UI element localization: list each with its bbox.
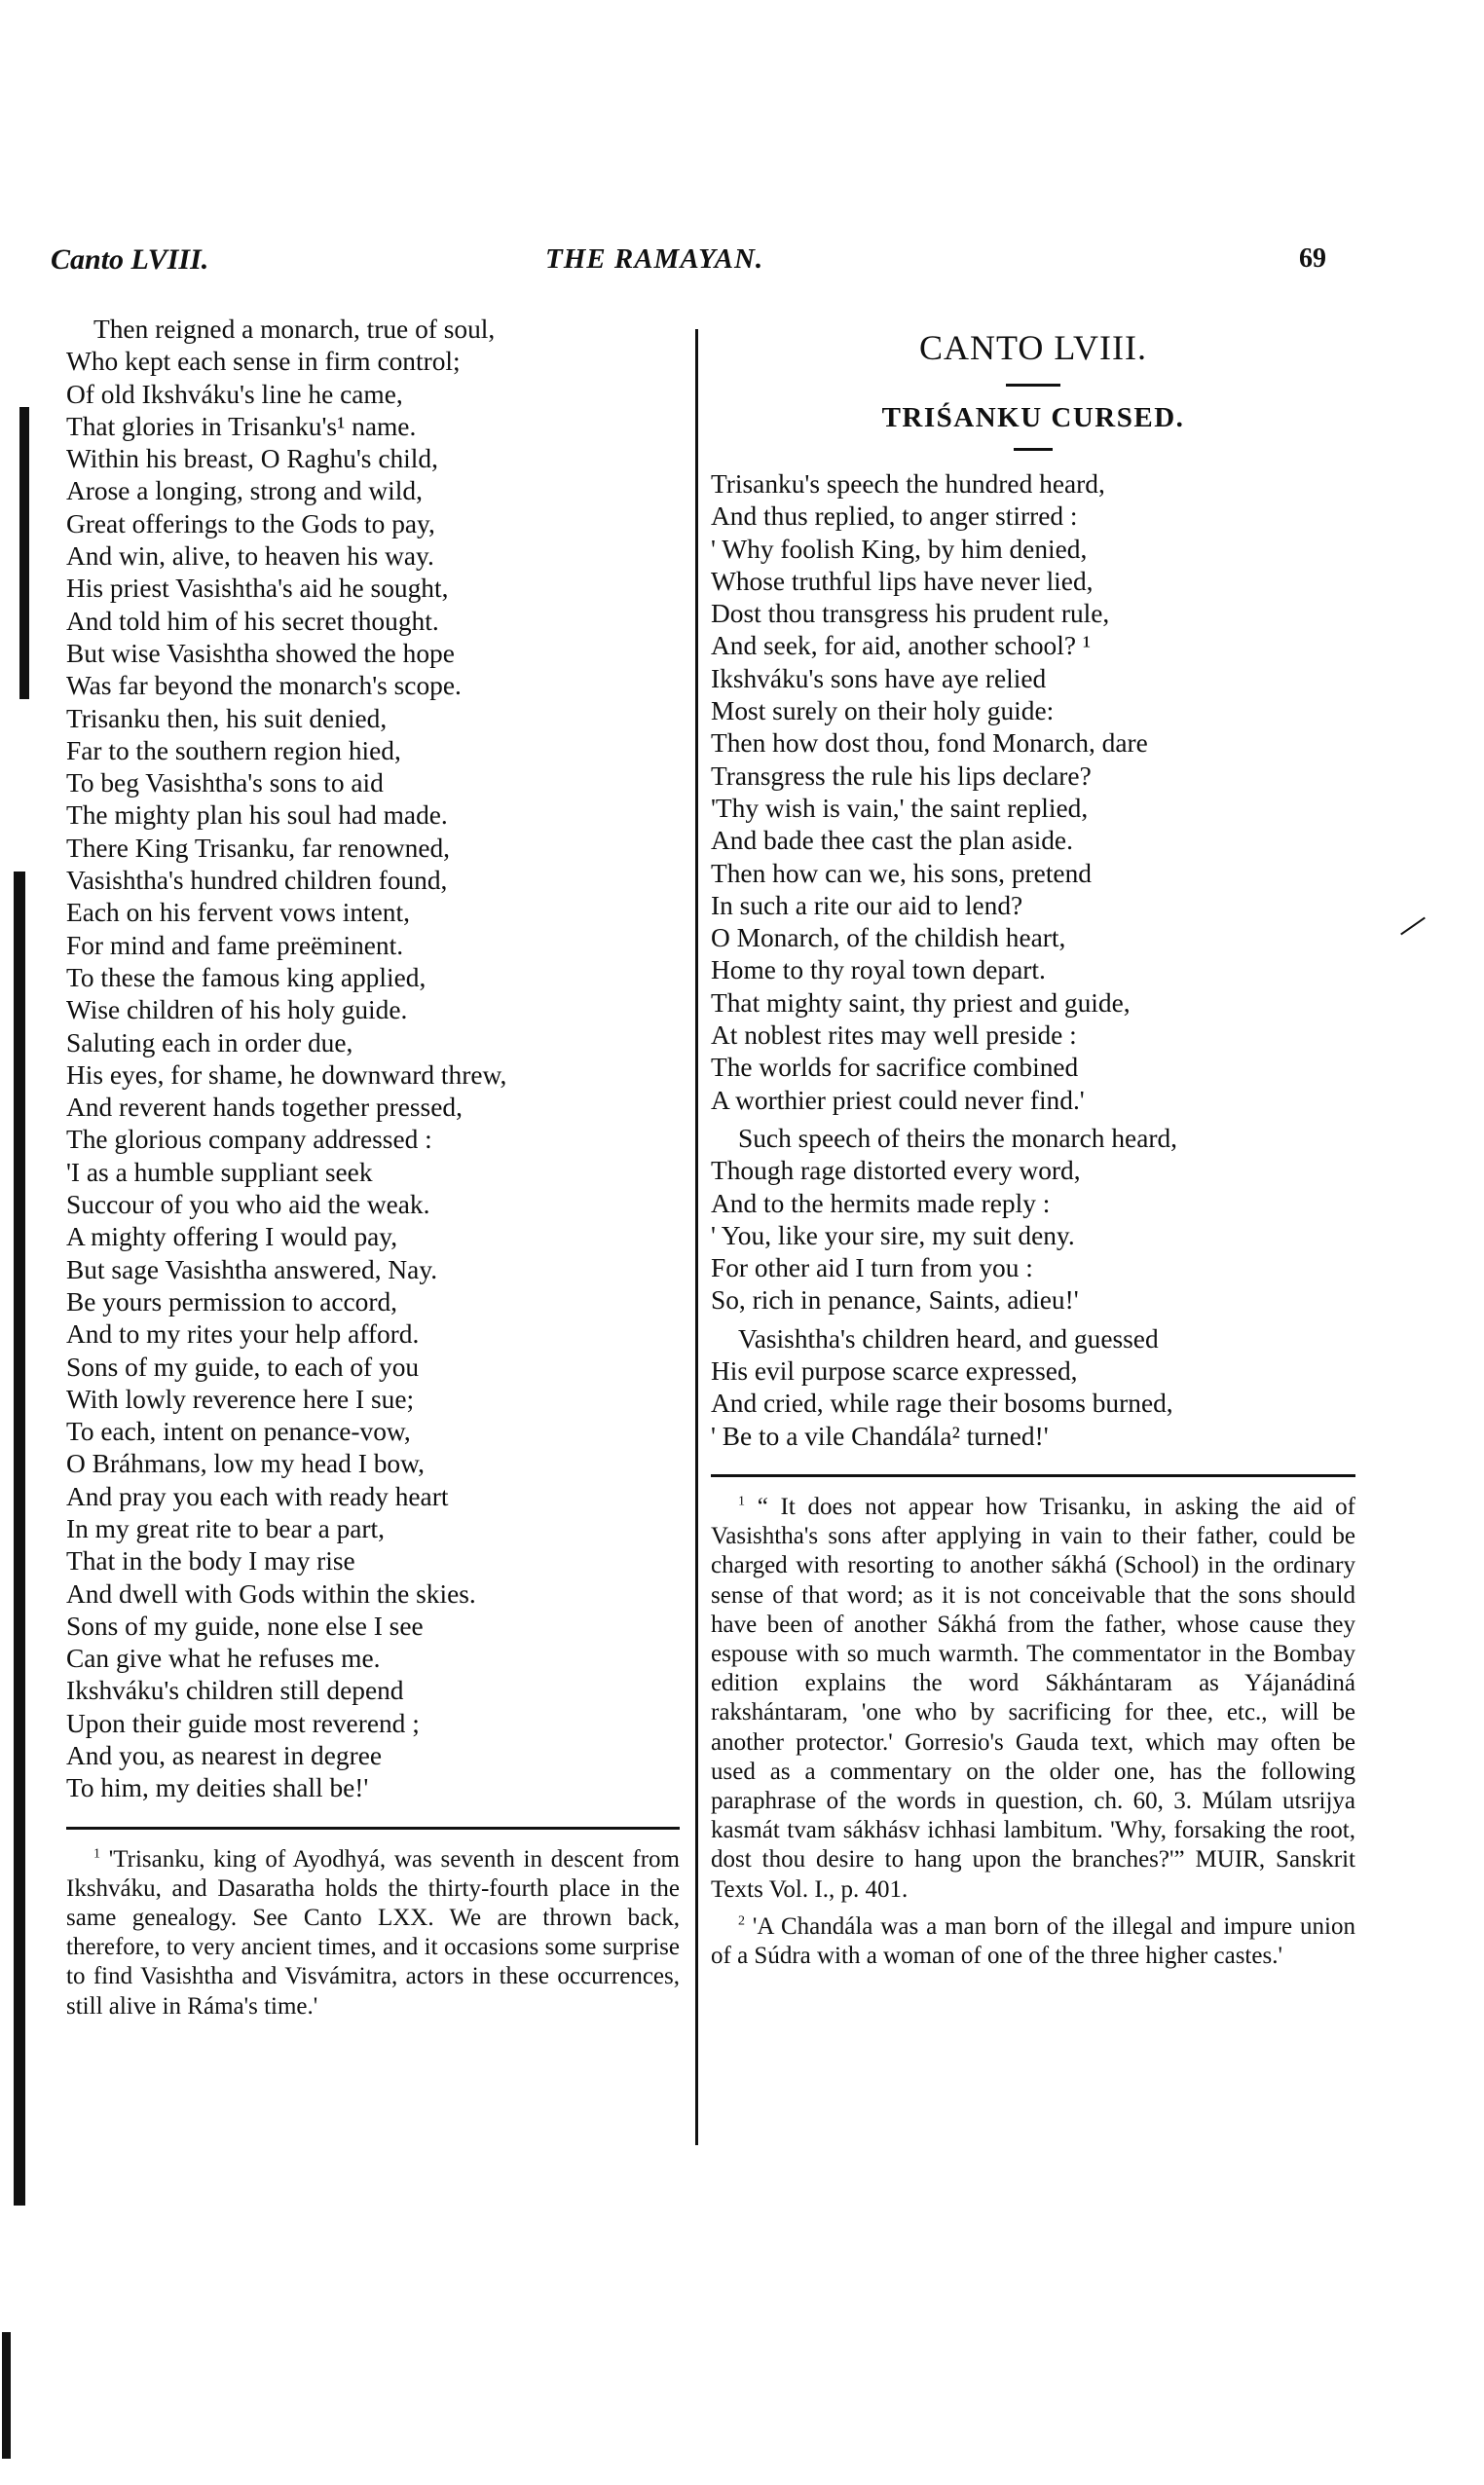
verse-line: Succour of you who aid the weak. [66, 1189, 680, 1221]
verse-line: Vasishtha's hundred children found, [66, 865, 680, 897]
footnote-marker: 1 [93, 1846, 100, 1861]
footnote-text: 'Trisanku, king of Ayodhyá, was seventh … [66, 1846, 680, 2020]
verse-line: And dwell with Gods within the skies. [66, 1578, 680, 1611]
footnote-text: 'A Chandála was a man born of the illega… [711, 1913, 1355, 1969]
verse-line: And win, alive, to heaven his way. [66, 540, 680, 573]
footnote-marker: 2 [738, 1913, 745, 1928]
verse-line: Arose a longing, strong and wild, [66, 475, 680, 507]
verse-line: And told him of his secret thought. [66, 606, 680, 638]
verse-line: Sons of my guide, none else I see [66, 1611, 680, 1643]
canto-subtitle: TRIŚANKU CURSED. [711, 402, 1355, 434]
verse-line: And bade thee cast the plan aside. [711, 825, 1355, 857]
verse-line: Dost thou transgress his prudent rule, [711, 598, 1355, 630]
running-head-canto: Canto LVIII. [51, 243, 208, 277]
running-head: Canto LVIII. THE RAMAYAN. 69 [51, 243, 1326, 282]
verse-line: Within his breast, O Raghu's child, [66, 443, 680, 475]
verse-line: ' Why foolish King, by him denied, [711, 534, 1355, 566]
verse-line: There King Trisanku, far renowned, [66, 833, 680, 865]
verse-line: To these the famous king applied, [66, 962, 680, 994]
verse-line: Can give what he refuses me. [66, 1643, 680, 1675]
verse-line: And you, as nearest in degree [66, 1740, 680, 1772]
verse-line: That in the body I may rise [66, 1545, 680, 1577]
footnote-rule [66, 1827, 680, 1830]
footnote-1: 1 'Trisanku, king of Ayodhyá, was sevent… [66, 1845, 680, 2021]
verse-line: Then how dost thou, fond Monarch, dare [711, 727, 1355, 760]
verse-line: In such a rite our aid to lend? [711, 890, 1355, 922]
verse-line: Be yours permission to accord, [66, 1286, 680, 1318]
verse-line: His eyes, for shame, he downward threw, [66, 1059, 680, 1092]
verse-line: Such speech of theirs the monarch heard, [711, 1123, 1355, 1155]
verse-line: O Monarch, of the childish heart, [711, 922, 1355, 954]
running-head-title: THE RAMAYAN. [545, 243, 763, 276]
verse-line: Far to the southern region hied, [66, 735, 680, 767]
verse-line: For other aid I turn from you : [711, 1252, 1355, 1284]
verse-block: Then reigned a monarch, true of soul,Who… [66, 314, 680, 1805]
verse-line: Trisanku then, his suit denied, [66, 703, 680, 735]
verse-line: Home to thy royal town depart. [711, 954, 1355, 986]
verse-line: So, rich in penance, Saints, adieu!' [711, 1284, 1355, 1317]
scan-edge-mark [2, 2332, 11, 2459]
right-column: CANTO LVIII. TRIŚANKU CURSED. Trisanku's… [711, 327, 1355, 1979]
verse-line: Each on his fervent vows intent, [66, 897, 680, 929]
verse-line: In my great rite to bear a part, [66, 1513, 680, 1545]
verse-line: Of old Ikshváku's line he came, [66, 379, 680, 411]
verse-line: Then reigned a monarch, true of soul, [66, 314, 680, 346]
verse-line: But sage Vasishtha answered, Nay. [66, 1254, 680, 1286]
verse-line: To each, intent on penance-vow, [66, 1416, 680, 1448]
verse-line: His evil purpose scarce expressed, [711, 1355, 1355, 1388]
footnote-block: 1 “ It does not appear how Trisanku, in … [711, 1493, 1355, 1971]
verse-line: But wise Vasishtha showed the hope [66, 638, 680, 670]
verse-line: And seek, for aid, another school? ¹ [711, 630, 1355, 662]
verse-line: For mind and fame preëminent. [66, 930, 680, 962]
subtitle-rule [1014, 448, 1053, 451]
verse-line: And cried, while rage their bosoms burne… [711, 1388, 1355, 1420]
verse-line: And to my rites your help afford. [66, 1318, 680, 1351]
verse-line: Who kept each sense in firm control; [66, 346, 680, 378]
scan-edge-mark [14, 872, 25, 2206]
verse-line: At noblest rites may well preside : [711, 1020, 1355, 1052]
verse-line: His priest Vasishtha's aid he sought, [66, 573, 680, 605]
footnote-1: 1 “ It does not appear how Trisanku, in … [711, 1493, 1355, 1905]
verse-line: Sons of my guide, to each of you [66, 1352, 680, 1384]
verse-line: Was far beyond the monarch's scope. [66, 670, 680, 702]
verse-line: The glorious company addressed : [66, 1124, 680, 1156]
verse-line: Then how can we, his sons, pretend [711, 858, 1355, 890]
footnote-marker: 1 [738, 1495, 745, 1509]
verse-line: And to the hermits made reply : [711, 1188, 1355, 1220]
verse-line: Though rage distorted every word, [711, 1155, 1355, 1187]
verse-line: Ikshváku's sons have aye relied [711, 663, 1355, 695]
left-column: Then reigned a monarch, true of soul,Who… [66, 314, 680, 2029]
page-number: 69 [1299, 243, 1326, 275]
verse-line: Ikshváku's children still depend [66, 1675, 680, 1707]
verse-line: Great offerings to the Gods to pay, [66, 508, 680, 540]
verse-line: To him, my deities shall be!' [66, 1772, 680, 1804]
verse-line: 'I as a humble suppliant seek [66, 1157, 680, 1189]
verse-line: To beg Vasishtha's sons to aid [66, 767, 680, 799]
canto-title: CANTO LVIII. [711, 327, 1355, 368]
verse-line: Trisanku's speech the hundred heard, [711, 468, 1355, 501]
verse-line: ' Be to a vile Chandála² turned!' [711, 1421, 1355, 1453]
verse-line: And thus replied, to anger stirred : [711, 501, 1355, 533]
verse-line: With lowly reverence here I sue; [66, 1384, 680, 1416]
footnote-rule [711, 1474, 1355, 1477]
verse-line: That mighty saint, thy priest and guide, [711, 987, 1355, 1020]
scan-edge-mark [19, 407, 29, 699]
verse-line: Saluting each in order due, [66, 1027, 680, 1059]
verse-line: That glories in Trisanku's¹ name. [66, 411, 680, 443]
verse-line: A mighty offering I would pay, [66, 1221, 680, 1253]
footnote-text: “ It does not appear how Trisanku, in as… [711, 1494, 1355, 1903]
column-divider [695, 329, 698, 2145]
verse-line: 'Thy wish is vain,' the saint replied, [711, 793, 1355, 825]
verse-line: Upon their guide most reverend ; [66, 1708, 680, 1740]
verse-block: Trisanku's speech the hundred heard,And … [711, 468, 1355, 1453]
footnote-block: 1 'Trisanku, king of Ayodhyá, was sevent… [66, 1845, 680, 2021]
verse-line: A worthier priest could never find.' [711, 1085, 1355, 1117]
title-rule [1006, 384, 1060, 387]
verse-line: Transgress the rule his lips declare? [711, 760, 1355, 793]
verse-line: ' You, like your sire, my suit deny. [711, 1220, 1355, 1252]
verse-line: And pray you each with ready heart [66, 1481, 680, 1513]
verse-line: The mighty plan his soul had made. [66, 799, 680, 832]
verse-line: And reverent hands together pressed, [66, 1092, 680, 1124]
verse-line: Vasishtha's children heard, and guessed [711, 1323, 1355, 1355]
verse-line: The worlds for sacrifice combined [711, 1052, 1355, 1084]
verse-line: Wise children of his holy guide. [66, 994, 680, 1026]
verse-line: Whose truthful lips have never lied, [711, 566, 1355, 598]
verse-line: O Bráhmans, low my head I bow, [66, 1448, 680, 1480]
scan-stray-mark [1400, 917, 1426, 936]
footnote-2: 2 'A Chandála was a man born of the ille… [711, 1912, 1355, 1971]
verse-line: Most surely on their holy guide: [711, 695, 1355, 727]
